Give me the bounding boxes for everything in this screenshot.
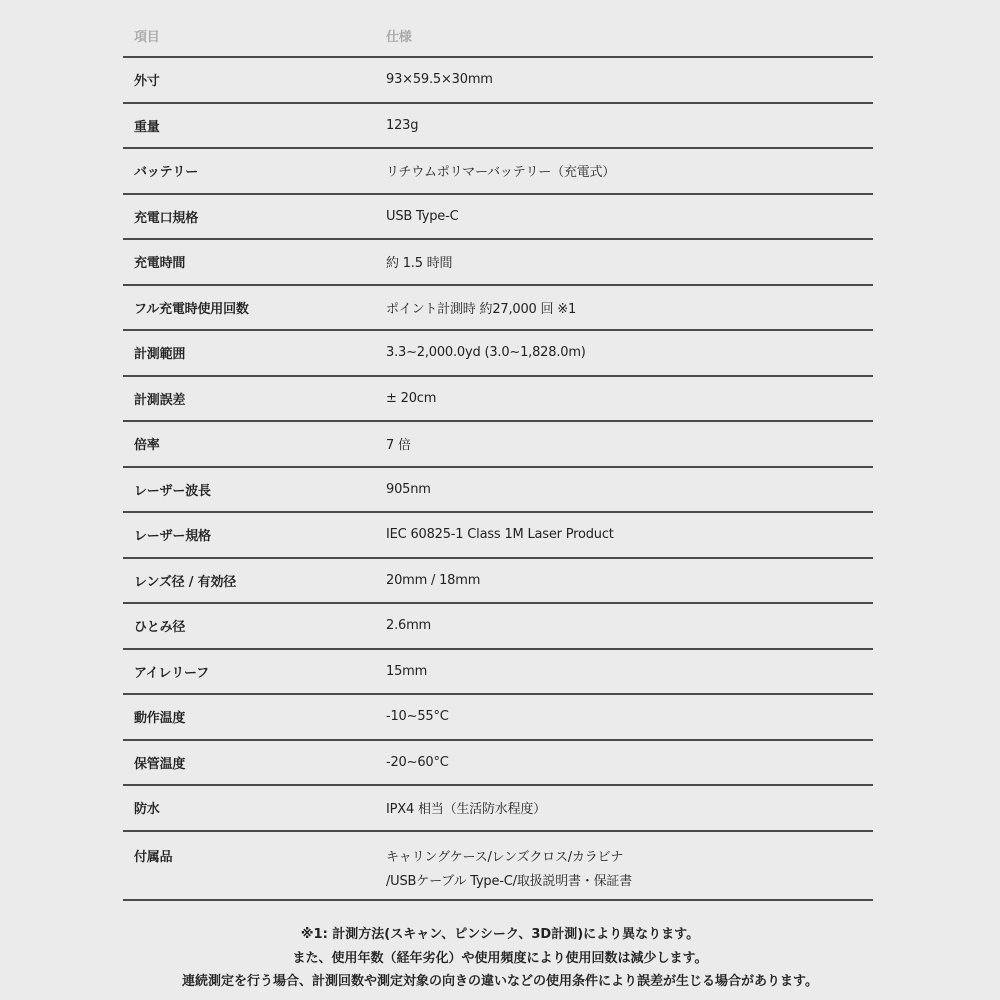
row-value: ポイント計測時 約27,000 回 ※1 <box>386 298 873 317</box>
table-row-dimensions: 外寸 93×59.5×30mm <box>123 58 873 104</box>
row-value: 123g <box>386 118 873 133</box>
table-row-magnification: 倍率 7 倍 <box>123 422 873 468</box>
row-value: リチウムポリマーバッテリー（充電式） <box>386 161 873 180</box>
row-value: 2.6mm <box>386 618 873 633</box>
table-row-operating-temp: 動作温度 -10~55°C <box>123 695 873 741</box>
table-row-range: 計測範囲 3.3~2,000.0yd (3.0~1,828.0m) <box>123 331 873 377</box>
row-value-line: キャリングケース/レンズクロス/カラビナ <box>386 846 873 870</box>
row-value: IEC 60825-1 Class 1M Laser Product <box>386 527 873 542</box>
row-label: 動作温度 <box>123 707 386 726</box>
table-row-exit-pupil: ひとみ径 2.6mm <box>123 604 873 650</box>
table-row-usage-count: フル充電時使用回数 ポイント計測時 約27,000 回 ※1 <box>123 286 873 332</box>
row-value: 93×59.5×30mm <box>386 72 873 87</box>
header-item: 項目 <box>123 26 386 45</box>
table-row-accuracy: 計測誤差 ± 20cm <box>123 377 873 423</box>
table-header: 項目 仕様 <box>123 14 873 58</box>
row-label: レーザー規格 <box>123 525 386 544</box>
row-value: IPX4 相当（生活防水程度） <box>386 798 873 817</box>
table-row-battery: バッテリー リチウムポリマーバッテリー（充電式） <box>123 149 873 195</box>
row-label: 充電口規格 <box>123 207 386 226</box>
row-value-line: /USBケーブル Type-C/取扱説明書・保証書 <box>386 870 873 894</box>
row-label: 保管温度 <box>123 753 386 772</box>
table-row-accessories: 付属品 キャリングケース/レンズクロス/カラビナ /USBケーブル Type-C… <box>123 832 873 901</box>
spec-table: 項目 仕様 外寸 93×59.5×30mm 重量 123g バッテリー リチウム… <box>123 14 873 901</box>
row-label: 付属品 <box>123 846 386 865</box>
row-label: 計測誤差 <box>123 389 386 408</box>
row-value: 20mm / 18mm <box>386 573 873 588</box>
table-row-eye-relief: アイレリーフ 15mm <box>123 650 873 696</box>
row-label: 倍率 <box>123 434 386 453</box>
row-label: 充電時間 <box>123 252 386 271</box>
row-label: レーザー波長 <box>123 480 386 499</box>
table-row-lens-diameter: レンズ径 / 有効径 20mm / 18mm <box>123 559 873 605</box>
row-value: 905nm <box>386 482 873 497</box>
row-value: 15mm <box>386 664 873 679</box>
row-value: 3.3~2,000.0yd (3.0~1,828.0m) <box>386 345 873 360</box>
row-label: バッテリー <box>123 161 386 180</box>
header-spec: 仕様 <box>386 26 873 45</box>
row-value: ± 20cm <box>386 391 873 406</box>
row-label: 外寸 <box>123 70 386 89</box>
row-value: 約 1.5 時間 <box>386 252 873 271</box>
table-row-laser-class: レーザー規格 IEC 60825-1 Class 1M Laser Produc… <box>123 513 873 559</box>
row-label: アイレリーフ <box>123 662 386 681</box>
row-value: -10~55°C <box>386 709 873 724</box>
row-label: フル充電時使用回数 <box>123 298 386 317</box>
row-value: USB Type-C <box>386 209 873 224</box>
table-row-laser-wavelength: レーザー波長 905nm <box>123 468 873 514</box>
table-row-charging-port: 充電口規格 USB Type-C <box>123 195 873 241</box>
row-label: 重量 <box>123 116 386 135</box>
table-row-charging-time: 充電時間 約 1.5 時間 <box>123 240 873 286</box>
footnotes: ※1: 計測方法(スキャン、ピンシーク、3D計測)により異なります。 また、使用… <box>0 923 1000 994</box>
footnote-line: また、使用年数（経年劣化）や使用頻度により使用回数は減少します。 <box>0 947 1000 971</box>
row-label: ひとみ径 <box>123 616 386 635</box>
row-value: キャリングケース/レンズクロス/カラビナ /USBケーブル Type-C/取扱説… <box>386 846 873 894</box>
row-value: 7 倍 <box>386 434 873 453</box>
row-label: レンズ径 / 有効径 <box>123 571 386 590</box>
table-row-waterproof: 防水 IPX4 相当（生活防水程度） <box>123 786 873 832</box>
table-row-storage-temp: 保管温度 -20~60°C <box>123 741 873 787</box>
row-value: -20~60°C <box>386 755 873 770</box>
footnote-line: 連続測定を行う場合、計測回数や測定対象の向きの違いなどの使用条件により誤差が生じ… <box>0 970 1000 994</box>
footnote-line: ※1: 計測方法(スキャン、ピンシーク、3D計測)により異なります。 <box>0 923 1000 947</box>
row-label: 計測範囲 <box>123 343 386 362</box>
row-label: 防水 <box>123 798 386 817</box>
table-row-weight: 重量 123g <box>123 104 873 150</box>
